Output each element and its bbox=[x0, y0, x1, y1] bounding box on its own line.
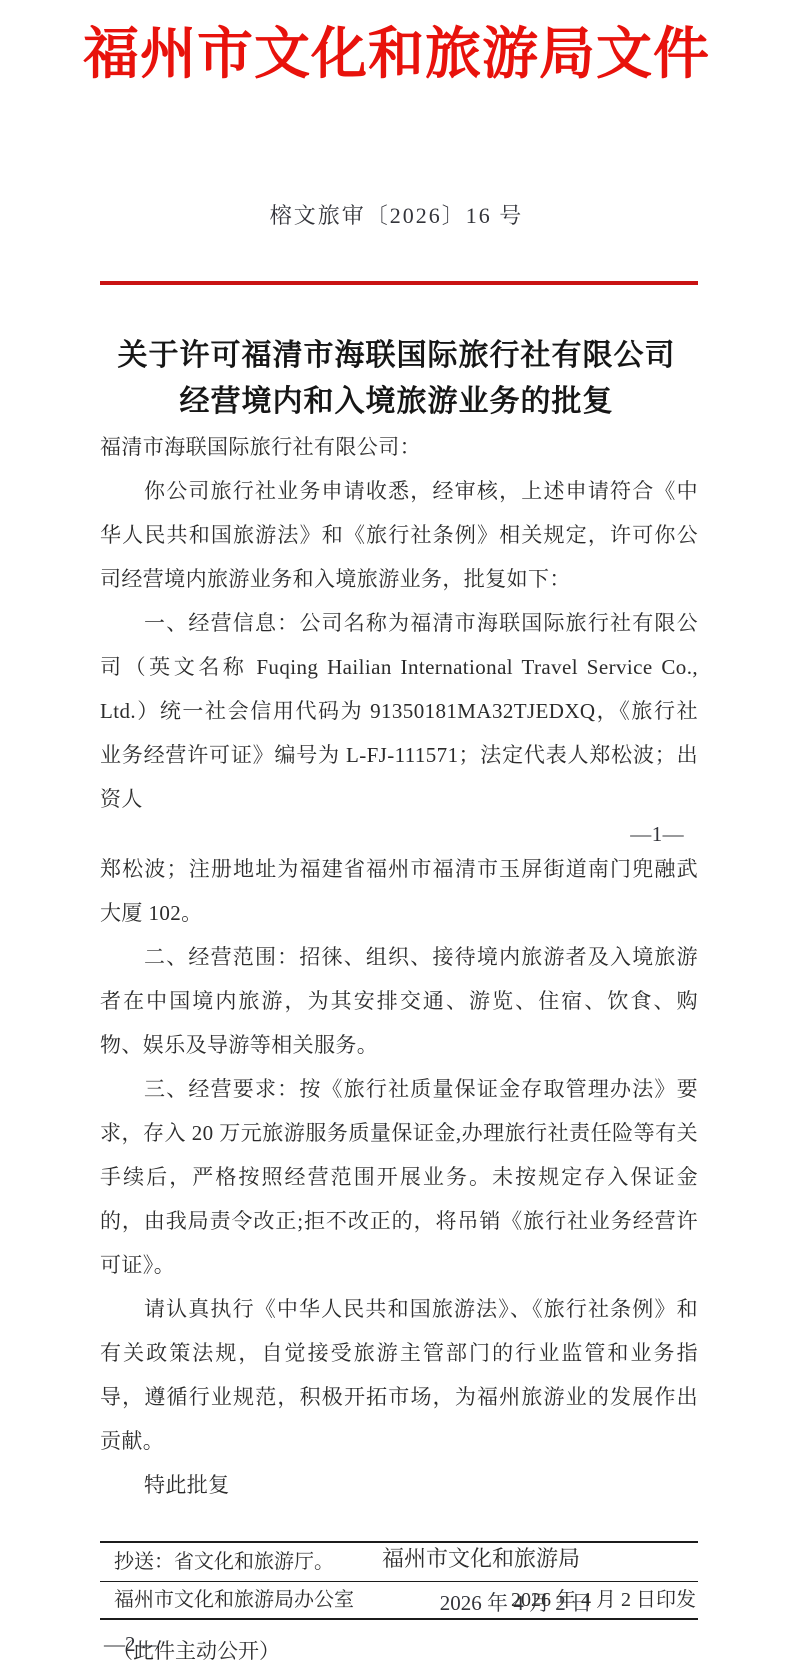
page-2-number-marker: —2— bbox=[100, 1632, 698, 1657]
page-1-number-marker: —1— bbox=[100, 821, 698, 847]
document-reference-number: 榕文旅审〔2026〕16 号 bbox=[0, 202, 793, 230]
red-divider-rule bbox=[100, 281, 698, 285]
footer-bottom-rule bbox=[100, 1618, 698, 1620]
document-footer: 抄送：省文化和旅游厅。 福州市文化和旅游局办公室 2026 年 4 月 2 日印… bbox=[100, 1541, 698, 1657]
document-body: 福清市海联国际旅行社有限公司： 你公司旅行社业务申请收悉，经审核，上述申请符合《… bbox=[100, 425, 698, 1507]
paragraph-item2: 二、经营范围：招徕、组织、接待境内旅游者及入境旅游者在中国境内旅游，为其安排交通… bbox=[100, 935, 698, 1067]
print-date: 2026 年 4 月 2 日印发 bbox=[511, 1582, 698, 1618]
paragraph-intro: 你公司旅行社业务申请收悉，经审核，上述申请符合《中华人民共和国旅游法》和《旅行社… bbox=[100, 469, 698, 601]
issuing-info-row: 福州市文化和旅游局办公室 2026 年 4 月 2 日印发 bbox=[100, 1582, 698, 1618]
paragraph-item1-part2: 郑松波；注册地址为福建省福州市福清市玉屏街道南门兜融武大厦 102。 bbox=[100, 847, 698, 935]
paragraph-item1-part1: 一、经营信息：公司名称为福清市海联国际旅行社有限公司（英文名称 Fuqing H… bbox=[100, 601, 698, 821]
official-document-page: 福州市文化和旅游局文件 榕文旅审〔2026〕16 号 关于许可福清市海联国际旅行… bbox=[0, 0, 793, 1673]
paragraph-conclusion: 请认真执行《中华人民共和国旅游法》、《旅行社条例》和有关政策法规，自觉接受旅游主… bbox=[100, 1287, 698, 1463]
salutation-line: 福清市海联国际旅行社有限公司： bbox=[100, 425, 698, 469]
closing-line: 特此批复 bbox=[100, 1463, 698, 1507]
paragraph-item3: 三、经营要求：按《旅行社质量保证金存取管理办法》要求，存入 20 万元旅游服务质… bbox=[100, 1067, 698, 1287]
agency-letterhead-title: 福州市文化和旅游局文件 bbox=[0, 0, 793, 90]
cc-recipients-line: 抄送：省文化和旅游厅。 bbox=[100, 1543, 698, 1581]
document-title-line1: 关于许可福清市海联国际旅行社有限公司 bbox=[0, 333, 793, 379]
document-title: 关于许可福清市海联国际旅行社有限公司 经营境内和入境旅游业务的批复 bbox=[0, 333, 793, 425]
document-title-line2: 经营境内和入境旅游业务的批复 bbox=[0, 379, 793, 425]
issuing-office-name: 福州市文化和旅游局办公室 bbox=[114, 1582, 354, 1618]
